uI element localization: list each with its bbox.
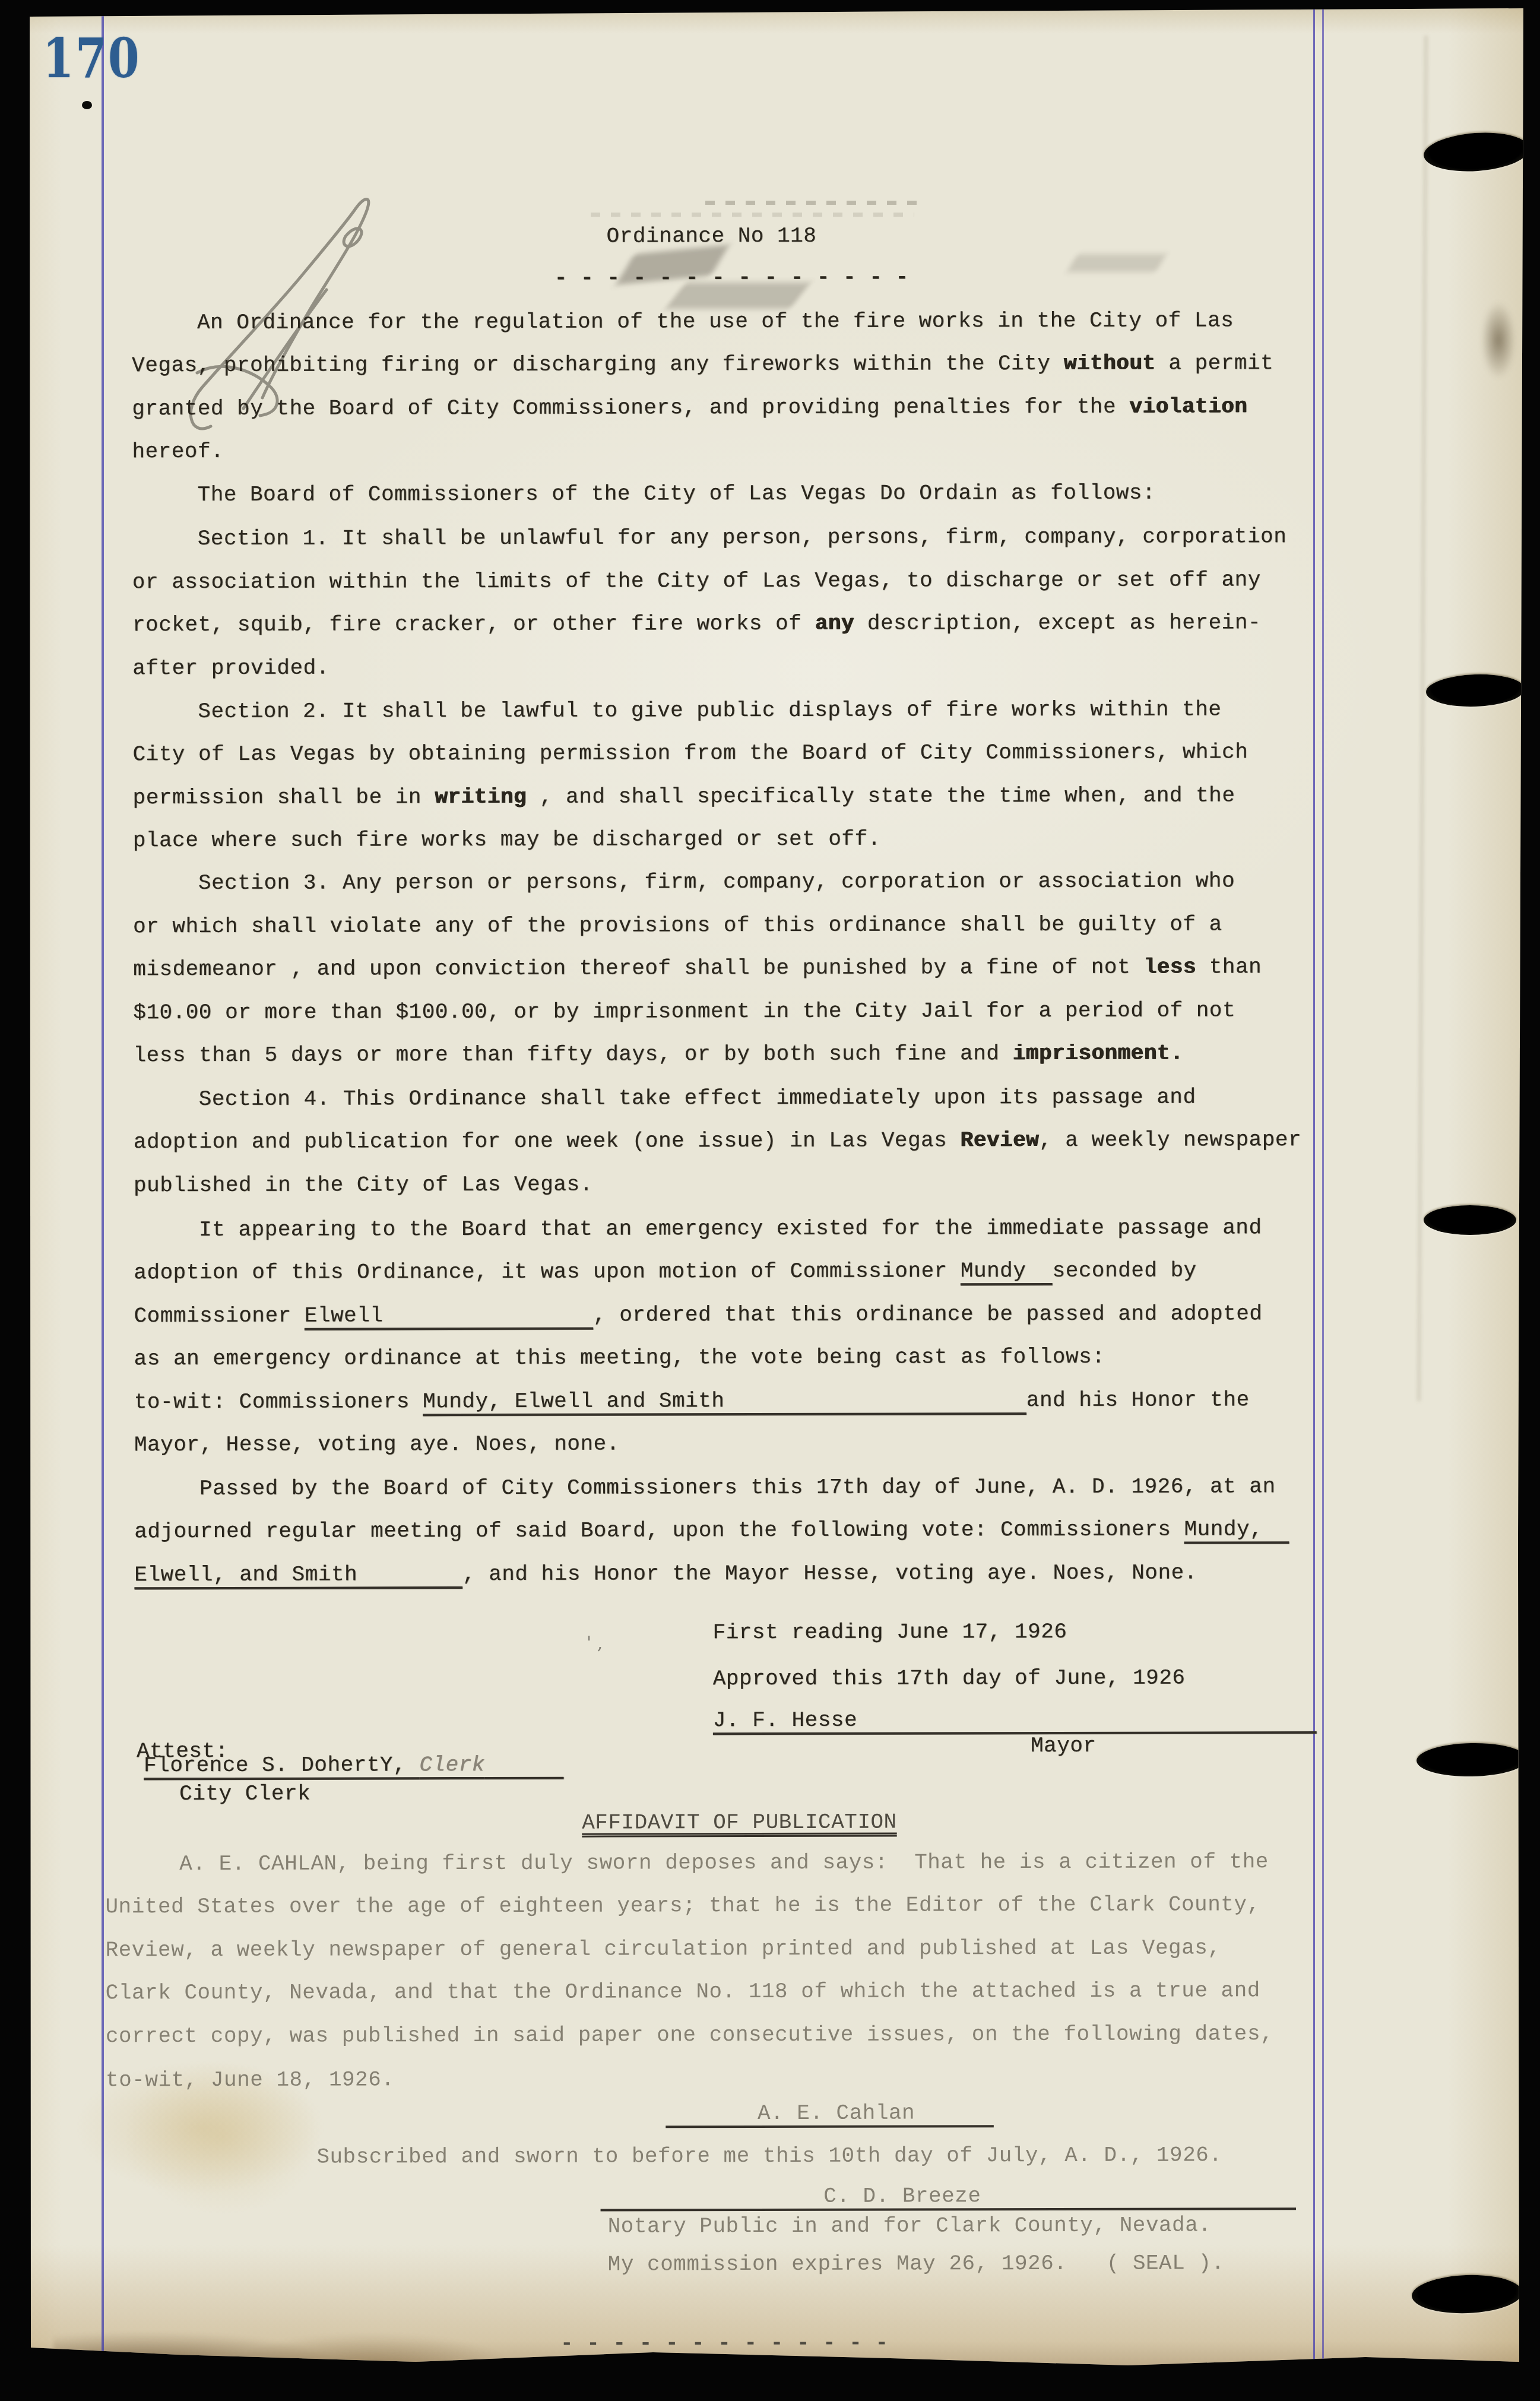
punch-hole (1424, 1205, 1516, 1235)
doc-line: misdemeanor , and upon conviction thereo… (133, 954, 1262, 983)
doc-line: $10.00 or more than $100.00, or by impri… (133, 997, 1235, 1026)
doc-line: AFFIDAVIT OF PUBLICATION (582, 1810, 897, 1836)
doc-line: Subscribed and sworn to before me this 1… (316, 2142, 1222, 2170)
doc-line: Notary Public in and for Clark County, N… (608, 2212, 1212, 2240)
doc-line: published in the City of Las Vegas. (134, 1172, 593, 1199)
doc-line: permission shall be in writing , and sha… (133, 783, 1235, 811)
doc-line: to-wit: Commissioners Mundy, Elwell and … (134, 1387, 1250, 1415)
document-body: Ordinance No 118- - - - - - - - - - - - … (0, 0, 1540, 2401)
doc-line: after provided. (132, 655, 329, 682)
doc-line: Florence S. DohertY, Clerk (144, 1752, 563, 1779)
doc-line: Mayor (1031, 1733, 1097, 1759)
doc-line: Ordinance No 118 (607, 223, 817, 250)
doc-line: Section 2. It shall be lawful to give pu… (198, 696, 1221, 725)
doc-line: Section 3. Any person or persons, firm, … (198, 868, 1235, 897)
doc-line: adoption of this Ordinance, it was upon … (134, 1257, 1196, 1286)
doc-line: hereof. (132, 439, 224, 465)
doc-line: as an emergency ordinance at this meetin… (134, 1344, 1105, 1372)
doc-line: less than 5 days or more than fifty days… (133, 1041, 1183, 1069)
doc-line: place where such fire works may be disch… (133, 826, 881, 854)
doc-line: or association within the limits of the … (132, 567, 1261, 596)
doc-line: C. D. Breeze (600, 2183, 1296, 2210)
doc-line: City of Las Vegas by obtaining permissio… (132, 739, 1248, 768)
doc-line: rocket, squib, fire cracker, or other fi… (132, 610, 1261, 638)
doc-line: Review, a weekly newspaper of general ci… (106, 1935, 1221, 1963)
doc-line: It appearing to the Board that an emerge… (199, 1215, 1262, 1243)
doc-line: Commissioner Elwell , ordered that this … (134, 1301, 1262, 1329)
doc-line: to-wit, June 18, 1926. (106, 2067, 394, 2093)
doc-line: - - - - - - - - - - - - - (560, 2330, 889, 2357)
doc-line: Mayor, Hesse, voting aye. Noes, none. (134, 1431, 620, 1459)
doc-line: Passed by the Board of City Commissioner… (199, 1474, 1276, 1502)
doc-line: Clark County, Nevada, and that the Ordin… (106, 1978, 1260, 2006)
doc-line: First reading June 17, 1926 (712, 1619, 1067, 1646)
doc-line: adjourned regular meeting of said Board,… (134, 1516, 1289, 1545)
doc-line: City Clerk (179, 1781, 310, 1807)
ledger-page: 170 ' , Ordinance No 118- - - - - - - - … (0, 0, 1540, 2401)
doc-line: Section 4. This Ordinance shall take eff… (199, 1084, 1196, 1113)
doc-line: - - - - - - - - - - - - - - (554, 265, 909, 292)
doc-line: Elwell, and Smith , and his Honor the Ma… (134, 1560, 1197, 1588)
doc-line: J. F. Hesse (713, 1706, 1317, 1734)
doc-line: Approved this 17th day of June, 1926 (713, 1665, 1186, 1693)
doc-line: United States over the age of eighteen y… (105, 1892, 1260, 1920)
doc-line: An Ordinance for the regulation of the u… (197, 308, 1234, 336)
doc-line: A. E. Cahlan (666, 2100, 994, 2127)
doc-line: Vegas, prohibiting firing or discharging… (132, 350, 1273, 379)
doc-line: Section 1. It shall be unlawful for any … (198, 524, 1287, 552)
doc-line: My commission expires May 26, 1926. ( SE… (608, 2250, 1225, 2278)
doc-line: adoption and publication for one week (o… (134, 1127, 1301, 1155)
scanned-ledger-sheet: 170 ' , Ordinance No 118- - - - - - - - … (0, 0, 1540, 2401)
doc-line: The Board of Commissioners of the City o… (197, 480, 1155, 508)
doc-line: correct copy, was published in said pape… (106, 2021, 1273, 2050)
doc-line: A. E. CAHLAN, being first duly sworn dep… (179, 1849, 1269, 1877)
doc-line: granted by the Board of City Commissione… (132, 394, 1247, 422)
doc-line: or which shall violate any of the provis… (133, 911, 1222, 940)
